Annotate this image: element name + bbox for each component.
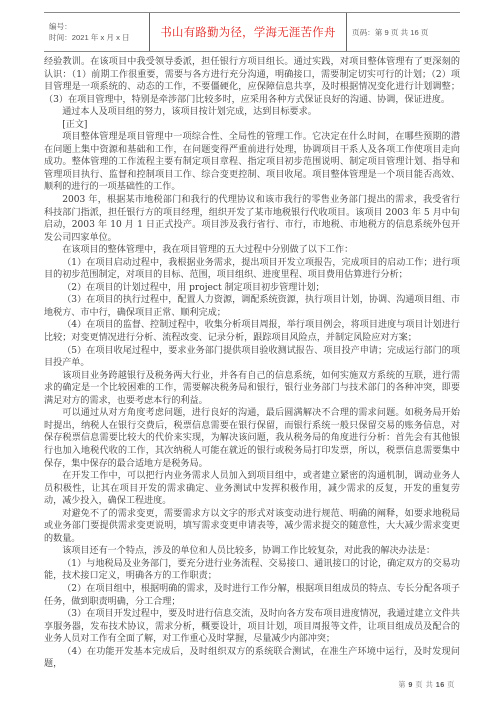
list-item: （1）在项目启动过程中，我根据业务需求，提出项目开发立项报告，完成项目的启动工作… xyxy=(44,257,460,282)
header-motto-cell: 书山有路勤为径，学海无涯苦作舟 xyxy=(150,13,347,51)
document-number-label: 编号： xyxy=(49,21,149,32)
footer-suffix: 页 xyxy=(447,680,455,689)
page-footer: 第 9 页 共 16 页 xyxy=(398,680,455,690)
paragraph: 在开发工作中，可以把行内业务需求人员加入到项目组中，或者建立紧密的沟通机制，调动… xyxy=(44,470,460,508)
footer-middle: 页 共 xyxy=(415,680,433,689)
paragraph: 对避免不了的需求变更，需要需求方以文字的形式对该变动进行规范、明确的阐释，如要求… xyxy=(44,508,460,546)
document-body: 经验教训。在该项目中我受领导委派，担任银行方项目组长。通过实践，对项目整体管理有… xyxy=(44,56,460,671)
document-date: 时间：2021 年 x 月 x 日 xyxy=(49,32,149,43)
page-header: 编号： 时间：2021 年 x 月 x 日 书山有路勤为径，学海无涯苦作舟 页码… xyxy=(44,12,460,52)
paragraph: 在该项目的整体管理中，我在项目管理的五大过程中分别做了以下工作： xyxy=(44,244,460,257)
list-item: （1）与地税局及业务部门，要充分进行业务流程、交易接口、通讯接口的讨论，确定双方… xyxy=(44,558,460,583)
header-page-cell: 页码：第 9 页 共 16 页 xyxy=(347,13,460,51)
paragraph: 经验教训。在该项目中我受领导委派，担任银行方项目组长。通过实践，对项目整体管理有… xyxy=(44,56,460,106)
section-marker: [正文] xyxy=(44,119,460,132)
paragraph: 2003 年，根据某市地税部门和我行的代理协议和该市我行的零售业务部门提出的需求… xyxy=(44,194,460,244)
footer-total-pages: 16 xyxy=(436,680,445,689)
paragraph: 通过本人及项目组的努力，该项目按计划完成，达到目标要求。 xyxy=(44,106,460,119)
list-item: （4）在功能开发基本完成后，及时组织双方的系统联合测试，在准生产环境中运行，及时… xyxy=(44,646,460,671)
header-page-info: 页码：第 9 页 共 16 页 xyxy=(352,27,460,38)
paragraph: 该项目还有一个特点，涉及的单位和人员比较多，协调工作比较复杂，对此我的解决办法是… xyxy=(44,545,460,558)
list-item: （5）在项目收尾过程中，要求业务部门提供项目验收测试报告、项目投产申请；完成运行… xyxy=(44,345,460,370)
list-item: （3）在项目的执行过程中，配置人力资源，调配系统资源，执行项目计划，协调、沟通项… xyxy=(44,294,460,319)
list-item: （4）在项目的监督、控制过程中，收集分析项目周报，举行项目例会，将项目进度与项目… xyxy=(44,319,460,344)
list-item: （2）在项目组中，根据明确的需求，及时进行工作分解，根据项目组成员的特点、专长分… xyxy=(44,583,460,608)
paragraph: 项目整体管理是项目管理中一项综合性、全局性的管理工作。它决定在什么时间，在哪些预… xyxy=(44,131,460,194)
list-item: （2）在项目的计划过程中，用 project 制定项目初步管理计划； xyxy=(44,282,460,295)
footer-prefix: 第 xyxy=(398,680,406,689)
paragraph: 可以通过从对方角度考虑问题，进行良好的沟通，最后圆满解决不合理的需求问题。如税务… xyxy=(44,407,460,470)
list-item: （3）在项目开发过程中，要及时进行信息交流，及时向各方发布项目进度情况，我通过建… xyxy=(44,608,460,646)
paragraph: 该项目业务跨越银行及税务两大行业，并各有自己的信息系统，如何实施双方系统的互联，… xyxy=(44,370,460,408)
footer-current-page: 9 xyxy=(408,680,413,689)
header-meta-cell: 编号： 时间：2021 年 x 月 x 日 xyxy=(44,13,150,51)
header-motto: 书山有路勤为径，学海无涯苦作舟 xyxy=(160,24,335,40)
